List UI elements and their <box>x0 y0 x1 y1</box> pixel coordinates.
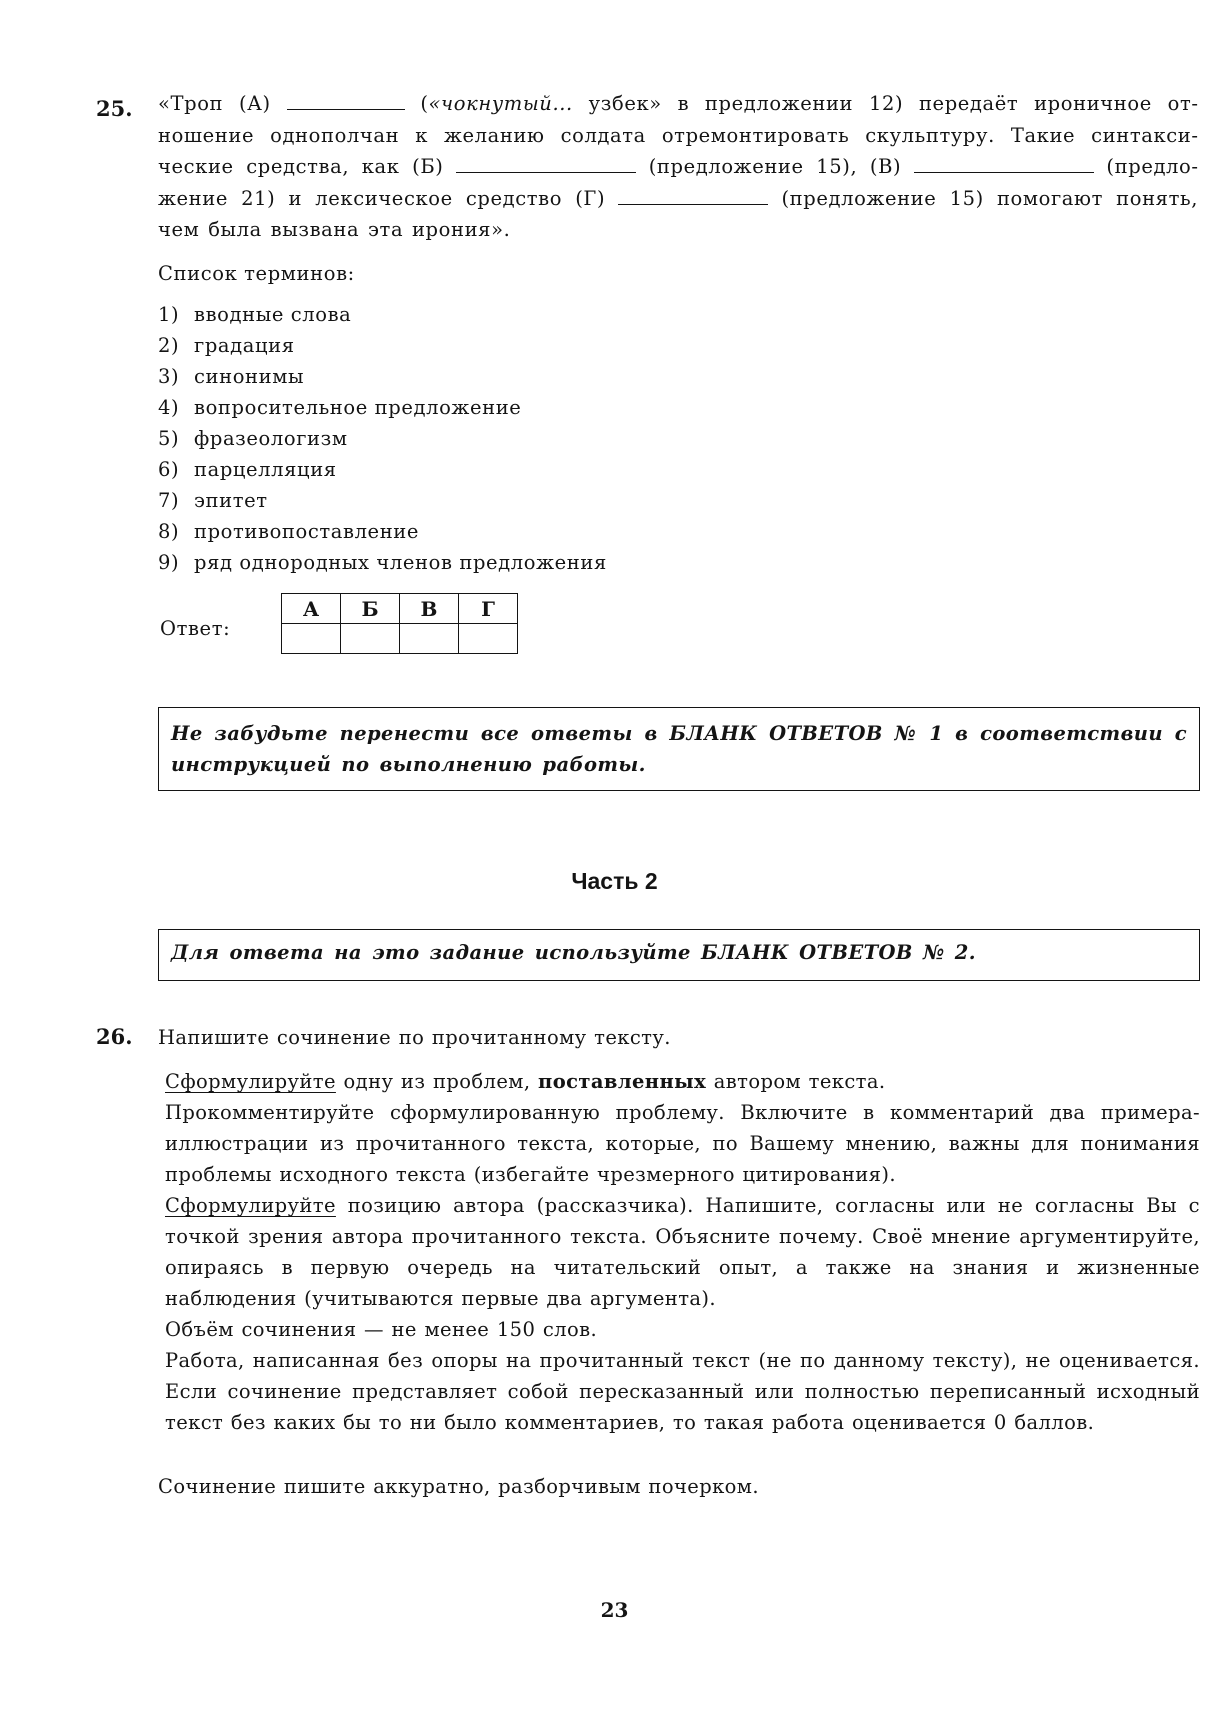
answer-input-cell[interactable] <box>400 624 459 654</box>
term-item: 2)градация <box>158 330 607 361</box>
answer-header-cell: Б <box>341 594 400 624</box>
instruction-handwriting: Сочинение пишите аккуратно, разборчивым … <box>158 1471 759 1502</box>
term-number: 3) <box>158 361 194 392</box>
blank-a[interactable] <box>287 91 405 110</box>
instruction-volume: Объём сочинения — не менее 150 слов. <box>165 1314 1200 1345</box>
notice-transfer-answers: Не забудьте перенести все ответы в БЛАНК… <box>158 707 1200 791</box>
term-item: 5)фразеологизм <box>158 423 607 454</box>
term-item: 9)ряд однородных членов предложения <box>158 547 607 578</box>
term-number: 5) <box>158 423 194 454</box>
task-25-text: «Троп (А) («чокнутый... узбек» в предлож… <box>158 88 1198 246</box>
terms-list: 1)вводные слова2)градация3)синонимы4)воп… <box>158 299 607 578</box>
term-label: ряд однородных членов предложения <box>194 551 607 574</box>
answer-header-cell: А <box>282 594 341 624</box>
text-part: одну из проблем, <box>336 1070 538 1093</box>
underlined-word: Сформулируйте <box>165 1194 336 1217</box>
term-label: парцелляция <box>194 458 337 481</box>
answer-input-cell[interactable] <box>459 624 518 654</box>
task-25-text-part: «Троп (А) <box>158 92 287 115</box>
term-item: 1)вводные слова <box>158 299 607 330</box>
term-item: 7)эпитет <box>158 485 607 516</box>
page-number: 23 <box>0 1598 1229 1622</box>
answer-input-cell[interactable] <box>341 624 400 654</box>
instruction-author-position: Сформулируйте позицию автора (рассказчик… <box>165 1190 1200 1314</box>
task-25-text-part: (предложение 15), (В) <box>636 155 914 178</box>
terms-title: Список терминов: <box>158 262 355 285</box>
instruction-grading: Работа, написанная без опоры на прочитан… <box>165 1345 1200 1438</box>
term-label: вопросительное предложение <box>194 396 521 419</box>
term-label: синонимы <box>194 365 304 388</box>
bold-word: поставленных <box>538 1070 706 1093</box>
task-26-intro: Напишите сочинение по прочитанному текст… <box>158 1022 671 1053</box>
answer-input-cell[interactable] <box>282 624 341 654</box>
exam-page: 25. «Троп (А) («чокнутый... узбек» в пре… <box>0 0 1229 1712</box>
term-item: 3)синонимы <box>158 361 607 392</box>
term-number: 4) <box>158 392 194 423</box>
task-26-instructions: Сформулируйте одну из проблем, поставлен… <box>165 1066 1200 1438</box>
quote-italic: «чокнутый... <box>429 92 573 115</box>
part-2-title: Часть 2 <box>0 868 1229 895</box>
instruction-comment: Прокомментируйте сформулированную пробле… <box>165 1097 1200 1190</box>
blank-v[interactable] <box>914 154 1094 173</box>
term-label: вводные слова <box>194 303 351 326</box>
term-number: 2) <box>158 330 194 361</box>
task-25-number: 25. <box>96 96 133 121</box>
instruction-formulate-problem: Сформулируйте одну из проблем, поставлен… <box>165 1066 1200 1097</box>
answer-label: Ответ: <box>160 617 230 640</box>
term-item: 6)парцелляция <box>158 454 607 485</box>
term-label: эпитет <box>194 489 268 512</box>
underlined-word: Сформулируйте <box>165 1070 336 1093</box>
blank-g[interactable] <box>618 186 768 205</box>
term-item: 8)противопоставление <box>158 516 607 547</box>
term-number: 8) <box>158 516 194 547</box>
term-number: 9) <box>158 547 194 578</box>
term-label: градация <box>194 334 295 357</box>
answer-header-cell: Г <box>459 594 518 624</box>
blank-b[interactable] <box>456 154 636 173</box>
text-part: автором текста. <box>706 1070 885 1093</box>
term-item: 4)вопросительное предложение <box>158 392 607 423</box>
notice-answer-sheet-2: Для ответа на это задание используйте БЛ… <box>158 929 1200 981</box>
term-label: фразеологизм <box>194 427 348 450</box>
term-number: 1) <box>158 299 194 330</box>
term-label: противопоставление <box>194 520 419 543</box>
task-26-number: 26. <box>96 1024 133 1049</box>
term-number: 7) <box>158 485 194 516</box>
answer-table: АБВГ <box>281 593 518 654</box>
term-number: 6) <box>158 454 194 485</box>
answer-header-cell: В <box>400 594 459 624</box>
